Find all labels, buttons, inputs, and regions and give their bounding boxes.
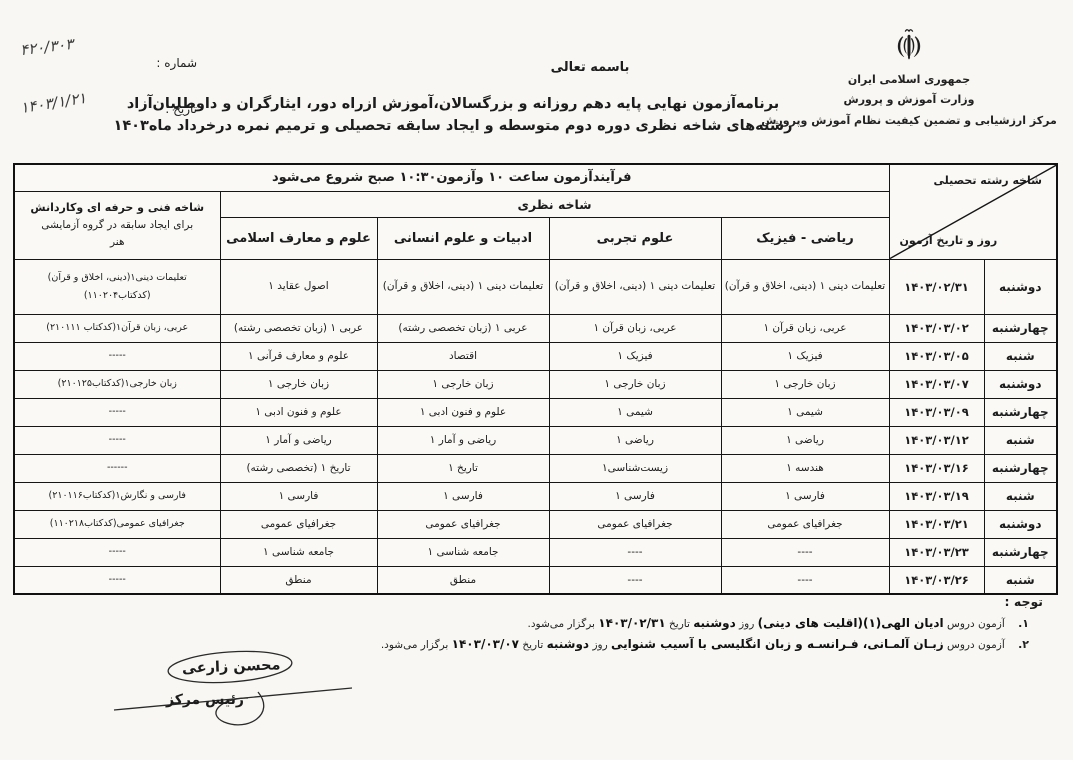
subject-cell: تعلیمات دینی ۱ (دینی، اخلاق و قرآن) [721,259,889,314]
subject-cell: فیزیک ۱ [549,342,721,370]
note-subject: ادیان الهی(۱)(اقلیت های دینی) [758,616,944,630]
subject-cell: جغرافیای عمومی [377,510,549,538]
subject-cell: عربی ۱ (زبان تخصصی رشته) [220,314,377,342]
letter-date-label: تاریخ : [165,102,197,116]
process-header-cell: فرآیندآزمون ساعت ۱۰ وآزمون۱۰:۳۰ صبح شروع… [14,164,889,191]
day-cell: شنبه [984,566,1057,594]
subject-cell: ---- [549,538,721,566]
subject-cell: فیزیک ۱ [721,342,889,370]
subject-cell: زبان خارجی ۱ [377,370,549,398]
header-row-process: شاخه رشته تحصیلی روز و تاریخ آزمون فرآین… [14,164,1057,191]
fanni-subject-cell: ----- [14,426,220,454]
table-row: دوشنبه۱۴۰۳/۰۳/۲۱جغرافیای عمومیجغرافیای ع… [14,510,1057,538]
date-cell: ۱۴۰۳/۰۳/۰۷ [889,370,984,398]
day-cell: چهارشنبه [984,454,1057,482]
subject-cell: عربی، زبان قرآن ۱ [721,314,889,342]
subject-cell: جغرافیای عمومی [721,510,889,538]
subject-cell: عربی، زبان قرآن ۱ [549,314,721,342]
day-cell: دوشنبه [984,370,1057,398]
subject-cell: فارسی ۱ [549,482,721,510]
fanni-subject-cell: تعلیمات دینی۱(دینی، اخلاق و قرآن)(کدکتاب… [14,259,220,314]
subject-cell: ---- [549,566,721,594]
subject-cell: جغرافیای عمومی [549,510,721,538]
date-cell: ۱۴۰۳/۰۳/۲۳ [889,538,984,566]
subject-cell: زبان خارجی ۱ [721,370,889,398]
note-date: ۱۴۰۳/۰۳/۰۷ [452,637,519,651]
table-row: شنبه۱۴۰۳/۰۳/۲۶--------منطقمنطق----- [14,566,1057,594]
date-cell: ۱۴۰۳/۰۳/۱۲ [889,426,984,454]
note-text: روز [739,618,754,630]
note-number: ۱. [1018,617,1029,630]
subject-cell: شیمی ۱ [721,398,889,426]
fanni-header-line2: برای ایجاد سابقه در گروه آزمایشی [18,217,217,234]
column-header-olum-tajrobi: علوم تجربی [549,217,721,259]
note-text: آزمون دروس [947,618,1005,630]
subject-cell: فارسی ۱ [220,482,377,510]
title-line-2: رشته‌های شاخه نظری دوره دوم متوسطه و ایج… [108,115,798,137]
exam-schedule-table: شاخه رشته تحصیلی روز و تاریخ آزمون فرآین… [13,163,1058,595]
org-country: جمهوری اسلامی ایران [759,70,1059,90]
table-row: چهارشنبه۱۴۰۳/۰۳/۲۳--------جامعه شناسی ۱ج… [14,538,1057,566]
note-text: آزمون دروس [947,639,1005,651]
table-row: چهارشنبه۱۴۰۳/۰۳/۰۲عربی، زبان قرآن ۱عربی،… [14,314,1057,342]
notes-heading: توجه : [33,594,1043,609]
fanni-branch-header: شاخه فنی و حرفه ای وکاردانش برای ایجاد س… [14,191,220,259]
fanni-subject-cell: فارسی و نگارش۱(کدکتاب۲۱۰۱۱۶) [14,482,220,510]
basmala: باسمه تعالی [515,60,665,75]
date-cell: ۱۴۰۳/۰۳/۰۹ [889,398,984,426]
note-text: برگزار می‌شود. [528,618,595,630]
table-row: شنبه۱۴۰۳/۰۳/۰۵فیزیک ۱فیزیک ۱اقتصادعلوم و… [14,342,1057,370]
letter-number-value: ۴۲۰/۳۰۳ [19,35,74,59]
day-cell: شنبه [984,426,1057,454]
date-cell: ۱۴۰۳/۰۳/۱۶ [889,454,984,482]
day-cell: چهارشنبه [984,398,1057,426]
subject-cell: تاریخ ۱ [377,454,549,482]
corner-label-day-date: روز و تاریخ آزمون [900,234,998,247]
column-header-adabiat-ensani: ادبیات و علوم انسانی [377,217,549,259]
subject-cell: جامعه شناسی ۱ [220,538,377,566]
document-title: برنامه‌آزمون نهایی پایه دهم روزانه و بزر… [108,93,798,138]
subject-cell: منطق [220,566,377,594]
table-row: دوشنبه۱۴۰۳/۰۲/۳۱تعلیمات دینی ۱ (دینی، اخ… [14,259,1057,314]
notes-section: توجه : ۱. آزمون دروس ادیان الهی(۱)(اقلیت… [33,594,1043,651]
date-cell: ۱۴۰۳/۰۳/۰۲ [889,314,984,342]
note-date: ۱۴۰۳/۰۲/۳۱ [598,616,665,630]
note-text: تاریخ [669,618,690,630]
subject-cell: تعلیمات دینی ۱ (دینی، اخلاق و قرآن) [549,259,721,314]
subject-cell: شیمی ۱ [549,398,721,426]
subject-cell: ---- [721,566,889,594]
fanni-subject-cell: زبان خارجی۱(کدکتاب۲۱۰۱۲۵) [14,370,220,398]
table-row: شنبه۱۴۰۳/۰۳/۱۲ریاضی ۱ریاضی ۱ریاضی و آمار… [14,426,1057,454]
date-cell: ۱۴۰۳/۰۳/۰۵ [889,342,984,370]
letter-date-row: تاریخ : ۱۴۰۳/۱/۲۱ [18,84,203,130]
letter-meta: شماره : ۴۲۰/۳۰۳ تاریخ : ۱۴۰۳/۱/۲۱ [18,38,203,130]
fanni-header-line3: هنر [18,234,217,251]
subject-cell: ریاضی ۱ [721,426,889,454]
subject-cell: ریاضی و آمار ۱ [220,426,377,454]
letter-number-row: شماره : ۴۲۰/۳۰۳ [18,38,203,84]
signature-block: محسن زارعی رئیس مرکز [108,648,358,738]
fanni-subject-cell: عربی، زبان قرآن۱(کدکتاب ۲۱۰۱۱۱) [14,314,220,342]
scanned-document: جمهوری اسلامی ایران وزارت آموزش و پرورش … [0,0,1073,760]
subject-cell: ریاضی ۱ [549,426,721,454]
column-header-maaref-eslami: علوم و معارف اسلامی [220,217,377,259]
subject-cell: علوم و فنون ادبی ۱ [377,398,549,426]
day-cell: شنبه [984,482,1057,510]
subject-cell: عربی ۱ (زبان تخصصی رشته) [377,314,549,342]
fanni-subject-cell: ----- [14,398,220,426]
letter-date-value: ۱۴۰۳/۱/۲۱ [19,89,88,117]
subject-cell: ---- [721,538,889,566]
subject-cell: فارسی ۱ [377,482,549,510]
fanni-header-line1: شاخه فنی و حرفه ای وکاردانش [18,199,217,217]
schedule-body: دوشنبه۱۴۰۳/۰۲/۳۱تعلیمات دینی ۱ (دینی، اخ… [14,259,1057,594]
letterhead-org: جمهوری اسلامی ایران وزارت آموزش و پرورش … [759,24,1059,131]
table-row: چهارشنبه۱۴۰۳/۰۳/۱۶هندسه ۱زیست‌شناسی۱تاری… [14,454,1057,482]
day-cell: دوشنبه [984,259,1057,314]
date-cell: ۱۴۰۳/۰۳/۱۹ [889,482,984,510]
subject-cell: فارسی ۱ [721,482,889,510]
subject-cell: جغرافیای عمومی [220,510,377,538]
subject-cell: تعلیمات دینی ۱ (دینی، اخلاق و قرآن) [377,259,549,314]
table-row: شنبه۱۴۰۳/۰۳/۱۹فارسی ۱فارسی ۱فارسی ۱فارسی… [14,482,1057,510]
date-cell: ۱۴۰۳/۰۳/۲۶ [889,566,984,594]
nazari-branch-header: شاخه نظری [220,191,889,217]
iran-emblem-icon [888,24,930,66]
fanni-subject-cell: ------ [14,454,220,482]
day-cell: دوشنبه [984,510,1057,538]
date-cell: ۱۴۰۳/۰۳/۲۱ [889,510,984,538]
note-day: دوشنبه [547,637,590,651]
corner-label-branch: شاخه رشته تحصیلی [933,174,1042,187]
title-line-1: برنامه‌آزمون نهایی پایه دهم روزانه و بزر… [108,93,798,115]
fanni-subject-cell: ----- [14,566,220,594]
note-day: دوشنبه [693,616,736,630]
note-text: تاریخ [522,639,543,651]
org-center: مرکز ارزشیابی و تضمین کیفیت نظام آموزش و… [759,111,1059,131]
note-text: روز [592,639,607,651]
subject-cell: زیست‌شناسی۱ [549,454,721,482]
note-text: برگزار می‌شود. [381,639,448,651]
subject-cell: هندسه ۱ [721,454,889,482]
subject-cell: تاریخ ۱ (تخصصی رشته) [220,454,377,482]
subject-cell: زبان خارجی ۱ [549,370,721,398]
day-cell: چهارشنبه [984,314,1057,342]
subject-cell: منطق [377,566,549,594]
corner-header-cell: شاخه رشته تحصیلی روز و تاریخ آزمون [889,164,1057,259]
subject-cell: اصول عقاید ۱ [220,259,377,314]
day-cell: شنبه [984,342,1057,370]
note-number: ۲. [1018,638,1029,651]
fanni-subject-cell: جغرافیای عمومی(کدکتاب۱۱۰۲۱۸) [14,510,220,538]
subject-cell: علوم و معارف قرآنی ۱ [220,342,377,370]
signer-title: رئیس مرکز [166,692,244,708]
table-row: دوشنبه۱۴۰۳/۰۳/۰۷زبان خارجی ۱زبان خارجی ۱… [14,370,1057,398]
subject-cell: جامعه شناسی ۱ [377,538,549,566]
note-item-1: ۱. آزمون دروس ادیان الهی(۱)(اقلیت های دی… [33,616,1043,630]
letter-number-label: شماره : [156,56,197,70]
note-subject: زبـان آلمـانی، فـرانسـه و زبان انگلیسی ب… [611,637,944,651]
subject-cell: اقتصاد [377,342,549,370]
fanni-subject-cell: ----- [14,342,220,370]
table-row: چهارشنبه۱۴۰۳/۰۳/۰۹شیمی ۱شیمی ۱علوم و فنو… [14,398,1057,426]
column-header-riazi-fizik: ریاضی - فیزیک [721,217,889,259]
day-cell: چهارشنبه [984,538,1057,566]
org-ministry: وزارت آموزش و پرورش [759,90,1059,110]
subject-cell: علوم و فنون ادبی ۱ [220,398,377,426]
date-cell: ۱۴۰۳/۰۲/۳۱ [889,259,984,314]
subject-cell: ریاضی و آمار ۱ [377,426,549,454]
subject-cell: زبان خارجی ۱ [220,370,377,398]
fanni-subject-cell: ----- [14,538,220,566]
